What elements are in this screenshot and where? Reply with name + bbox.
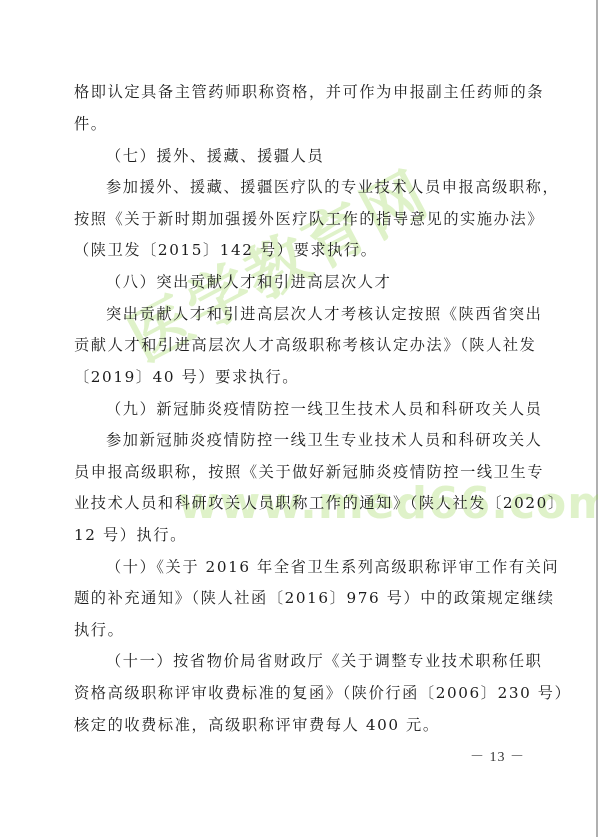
document-body: 格即认定具备主管药师职称资格，并可作为申报副主任药师的条 件。 （七）援外、援藏…: [0, 0, 596, 837]
section-heading-8: （八）突出贡献人才和引进高层次人才: [106, 267, 558, 297]
paragraph-line: 员申报高级职称，按照《关于做好新冠肺炎疫情防控一线卫生专: [74, 457, 526, 487]
paragraph-line: 12 号）执行。: [74, 520, 526, 550]
paragraph-line: 〔2019〕40 号）要求执行。: [74, 362, 526, 392]
paragraph-line: 按照《关于新时期加强援外医疗队工作的指导意见的实施办法》: [74, 204, 526, 234]
paragraph-line: 突出贡献人才和引进高层次人才考核认定按照《陕西省突出: [106, 299, 526, 329]
paragraph-line: 题的补充通知》（陕人社函〔2016〕976 号）中的政策规定继续: [74, 583, 526, 613]
document-page: 医学教育网 www.med66.com 格即认定具备主管药师职称资格，并可作为申…: [0, 0, 598, 837]
section-heading-7: （七）援外、援藏、援疆人员: [106, 141, 558, 171]
paragraph-line: 格即认定具备主管药师职称资格，并可作为申报副主任药师的条: [74, 77, 526, 107]
section-heading-10: （十）《关于 2016 年全省卫生系列高级职称评审工作有关问: [106, 552, 558, 582]
section-heading-11: （十一）按省物价局省财政厅《关于调整专业技术职称任职: [106, 646, 558, 676]
paragraph-line: 贡献人才和引进高层次人才高级职称考核认定办法》（陕人社发: [74, 330, 526, 360]
paragraph-line: （陕卫发〔2015〕142 号）要求执行。: [74, 235, 526, 265]
paragraph-line: 业技术人员和科研攻关人员职称工作的通知》（陕人社发〔2020〕: [74, 488, 526, 518]
paragraph-line: 资格高级职称评审收费标准的复函》（陕价行函〔2006〕230 号）: [74, 678, 526, 708]
paragraph-line: 参加新冠肺炎疫情防控一线卫生专业技术人员和科研攻关人: [106, 425, 526, 455]
paragraph-line: 参加援外、援藏、援疆医疗队的专业技术人员申报高级职称，: [106, 172, 526, 202]
paragraph-line: 件。: [74, 109, 526, 139]
page-number: － 13 －: [470, 746, 525, 766]
paragraph-line: 执行。: [74, 615, 526, 645]
section-heading-9: （九）新冠肺炎疫情防控一线卫生技术人员和科研攻关人员: [106, 394, 558, 424]
paragraph-line: 核定的收费标准，高级职称评审费每人 400 元。: [74, 710, 526, 740]
